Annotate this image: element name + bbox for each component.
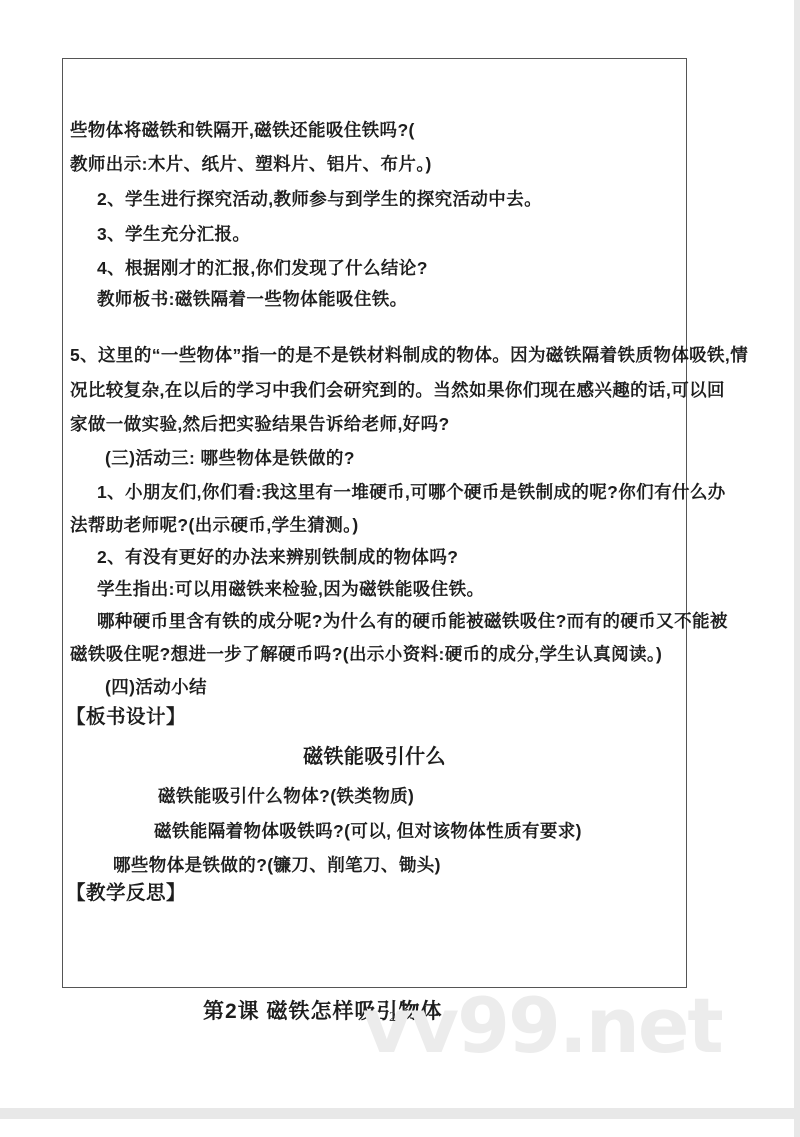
- board-point-3: 哪些物体是铁做的?(镰刀、削笔刀、锄头): [113, 855, 441, 875]
- teaching-reflection-heading: 【教学反思】: [66, 883, 186, 903]
- doc-line: 家做一做实验,然后把实验结果告诉给老师,好吗?: [70, 414, 450, 434]
- viewer-edge-strip: [794, 0, 800, 1137]
- activity-3-question: 哪些物体是铁做的?: [201, 448, 355, 468]
- activity-3-heading: (三)活动三: 哪些物体是铁做的?: [105, 448, 355, 468]
- doc-line: 些物体将磁铁和铁隔开,磁铁还能吸住铁吗?(: [70, 120, 415, 140]
- board-point-2: 磁铁能隔着物体吸铁吗?(可以, 但对该物体性质有要求): [154, 821, 582, 841]
- activity-3-label: (三)活动三:: [105, 448, 201, 468]
- lesson-plan-table-cell: 些物体将磁铁和铁隔开,磁铁还能吸住铁吗?( 教师出示:木片、纸片、塑料片、铝片、…: [62, 58, 687, 988]
- doc-line: 5、这里的“一些物体”指一的是不是铁材料制成的物体。因为磁铁隔着铁质物体吸铁,情: [70, 345, 748, 365]
- doc-line: 况比较复杂,在以后的学习中我们会研究到的。当然如果你们现在感兴趣的话,可以回: [70, 380, 725, 400]
- doc-line: 教师出示:木片、纸片、塑料片、铝片、布片。): [70, 154, 432, 174]
- activity-4-heading: (四)活动小结: [105, 677, 207, 697]
- doc-line: 哪种硬币里含有铁的成分呢?为什么有的硬币能被磁铁吸住?而有的硬币又不能被: [97, 611, 728, 631]
- doc-line: 4、根据刚才的汇报,你们发现了什么结论?: [97, 258, 428, 278]
- page-number: 2: [389, 1010, 396, 1026]
- doc-line: 学生指出:可以用磁铁来检验,因为磁铁能吸住铁。: [97, 579, 484, 599]
- document-page: 些物体将磁铁和铁隔开,磁铁还能吸住铁吗?( 教师出示:木片、纸片、塑料片、铝片、…: [0, 0, 800, 1137]
- board-title: 磁铁能吸引什么: [63, 747, 686, 767]
- doc-line: 2、有没有更好的办法来辨别铁制成的物体吗?: [97, 547, 458, 567]
- board-point-1: 磁铁能吸引什么物体?(铁类物质): [158, 786, 414, 806]
- doc-line: 1、小朋友们,你们看:我这里有一堆硬币,可哪个硬币是铁制成的呢?你们有什么办: [97, 482, 726, 502]
- page-break-separator: [0, 1108, 800, 1119]
- doc-line: 法帮助老师呢?(出示硬币,学生猜测。): [70, 515, 359, 535]
- doc-line: 教师板书:磁铁隔着一些物体能吸住铁。: [97, 289, 408, 309]
- doc-line: 磁铁吸住呢?想进一步了解硬币吗?(出示小资料:硬币的成分,学生认真阅读。): [70, 644, 662, 664]
- doc-line: 3、学生充分汇报。: [97, 224, 250, 244]
- watermark-text: vv99.net: [362, 988, 722, 1064]
- doc-line: 2、学生进行探究活动,教师参与到学生的探究活动中去。: [97, 189, 542, 209]
- board-design-heading: 【板书设计】: [66, 707, 186, 727]
